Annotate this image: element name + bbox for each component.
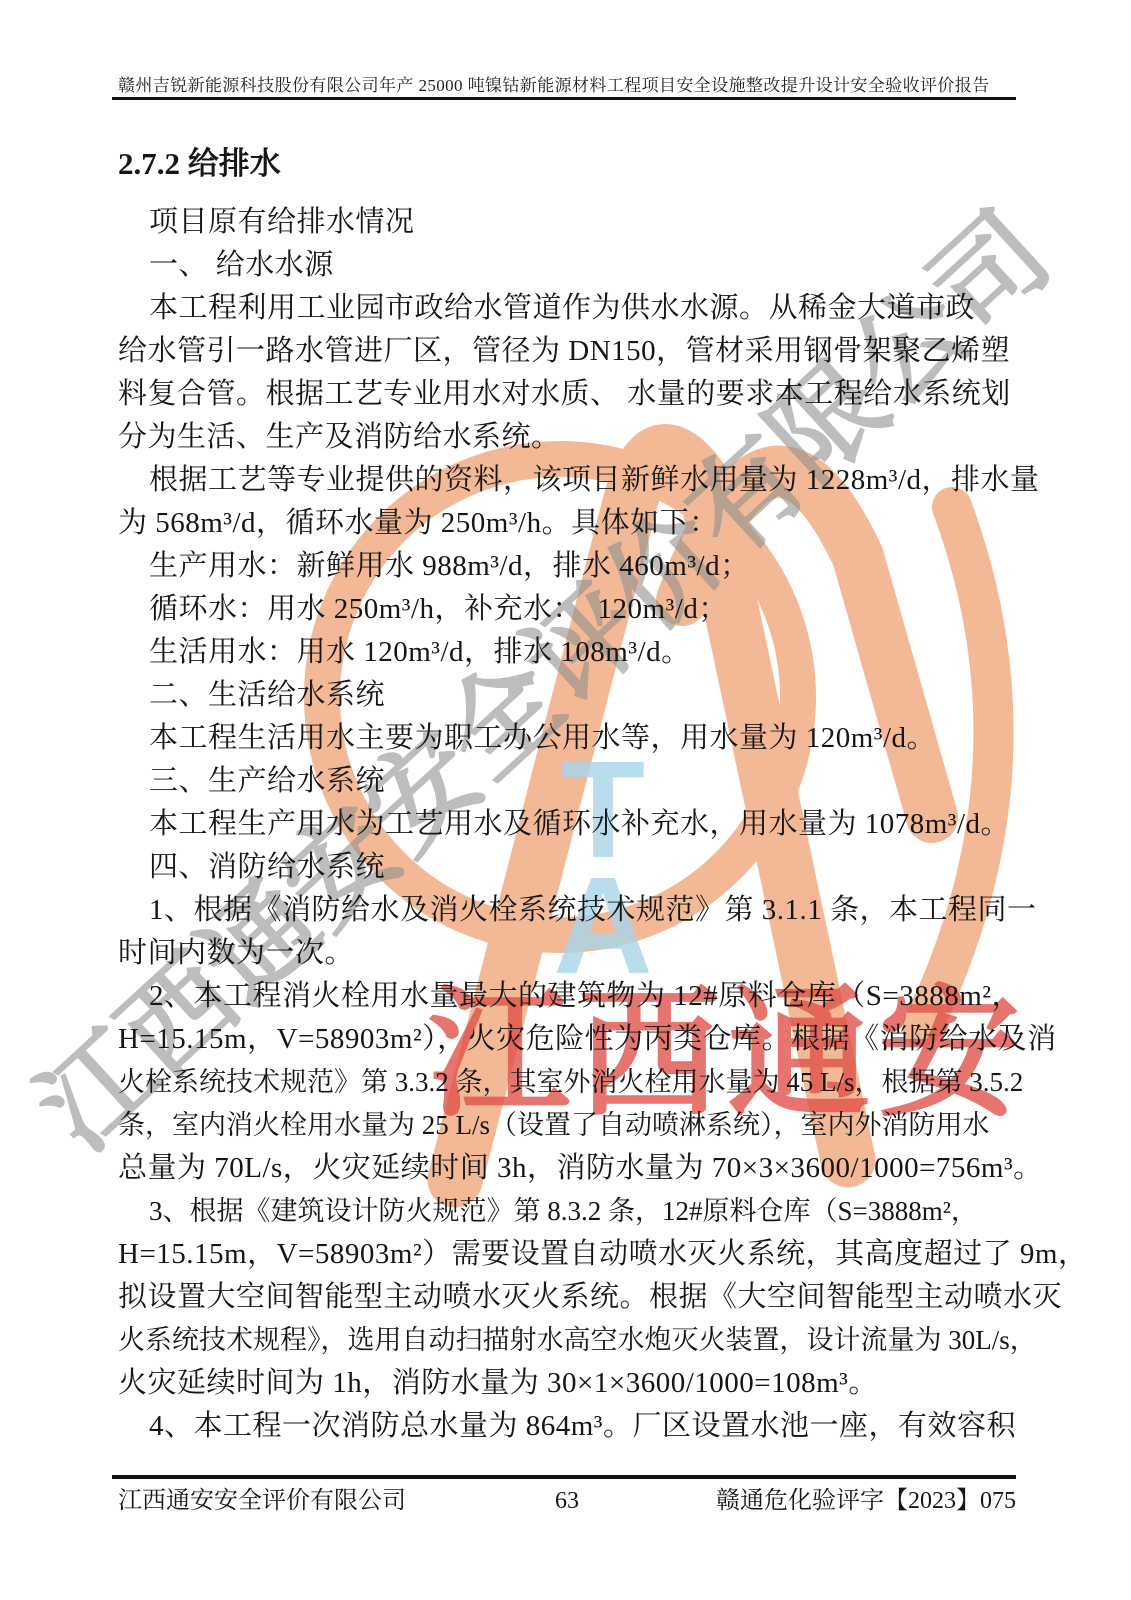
text-line: 3、根据《建筑设计防火规范》第 8.3.2 条，12#原料仓库（S=3888m²… — [118, 1190, 1018, 1233]
text-line: 分为生活、生产及消防给水系统。 — [118, 416, 1018, 459]
body-text: 项目原有给排水情况一、 给水水源本工程利用工业园市政给水管道作为供水水源。从稀金… — [118, 201, 1018, 1448]
text-line: 生产用水：新鲜用水 988m³/d，排水 460m³/d； — [118, 545, 1018, 588]
text-line: 给水管引一路水管进厂区，管径为 DN150，管材采用钢骨架聚乙烯塑 — [118, 330, 1018, 373]
text-line: 拟设置大空间智能型主动喷水灭火系统。根据《大空间智能型主动喷水灭 — [118, 1276, 1018, 1319]
text-line: 本工程生产用水为工艺用水及循环水补充水，用水量为 1078m³/d。 — [118, 803, 1018, 846]
text-line: 为 568m³/d，循环水量为 250m³/h。具体如下： — [118, 502, 1018, 545]
text-line: 二、生活给水系统 — [118, 674, 1018, 717]
text-line: 火系统技术规程》，选用自动扫描射水高空水炮灭火装置，设计流量为 30L/s， — [118, 1319, 1018, 1362]
text-line: 生活用水：用水 120m³/d，排水 108m³/d。 — [118, 631, 1018, 674]
header-rule — [112, 97, 1016, 100]
text-line: 三、生产给水系统 — [118, 760, 1018, 803]
text-line: 项目原有给排水情况 — [118, 201, 1018, 244]
text-line: 本工程生活用水主要为职工办公用水等，用水量为 120m³/d。 — [118, 717, 1018, 760]
text-line: 时间内数为一次。 — [118, 932, 1018, 975]
text-line: 火栓系统技术规范》第 3.3.2 条，其室外消火栓用水量为 45 L/s，根据第… — [118, 1061, 1018, 1104]
footer-rule — [112, 1475, 1016, 1479]
document-page: T A 江西通安安全评价有限公司 江西通安 赣州吉锐新能源科技股份有限公司年产 … — [0, 0, 1131, 1600]
text-line: 根据工艺等专业提供的资料，该项目新鲜水用量为 1228m³/d，排水量 — [118, 459, 1018, 502]
text-line: 本工程利用工业园市政给水管道作为供水水源。从稀金大道市政 — [118, 287, 1018, 330]
text-line: 循环水：用水 250m³/h，补充水： 120m³/d； — [118, 588, 1018, 631]
text-line: H=15.15m，V=58903m²），火灾危险性为丙类仓库。根据《消防给水及消 — [118, 1018, 1018, 1061]
footer-page-number: 63 — [118, 1486, 1016, 1516]
text-line: 火灾延续时间为 1h，消防水量为 30×1×3600/1000=108m³。 — [118, 1362, 1018, 1405]
text-line: 总量为 70L/s，火灾延续时间 3h，消防水量为 70×3×3600/1000… — [118, 1147, 1018, 1190]
text-line: 条，室内消火栓用水量为 25 L/s（设置了自动喷淋系统），室内外消防用水 — [118, 1104, 1018, 1147]
text-line: 料复合管。根据工艺专业用水对水质、 水量的要求本工程给水系统划 — [118, 373, 1018, 416]
header-title: 赣州吉锐新能源科技股份有限公司年产 25000 吨镍钴新能源材料工程项目安全设施… — [118, 71, 1016, 96]
text-line: 一、 给水水源 — [118, 244, 1018, 287]
text-line: H=15.15m，V=58903m²）需要设置自动喷水灭火系统，其高度超过了 9… — [118, 1233, 1018, 1276]
footer: 63 江西通安安全评价有限公司 赣通危化验评字【2023】075 — [118, 1486, 1016, 1516]
text-line: 4、本工程一次消防总水量为 864m³。厂区设置水池一座，有效容积 — [118, 1405, 1018, 1448]
text-line: 四、消防给水系统 — [118, 846, 1018, 889]
text-line: 2、本工程消火栓用水量最大的建筑物为 12#原料仓库（S=3888m²， — [118, 975, 1018, 1018]
section-heading: 2.7.2 给排水 — [118, 142, 281, 185]
text-line: 1、根据《消防给水及消火栓系统技术规范》第 3.1.1 条，本工程同一 — [118, 889, 1018, 932]
